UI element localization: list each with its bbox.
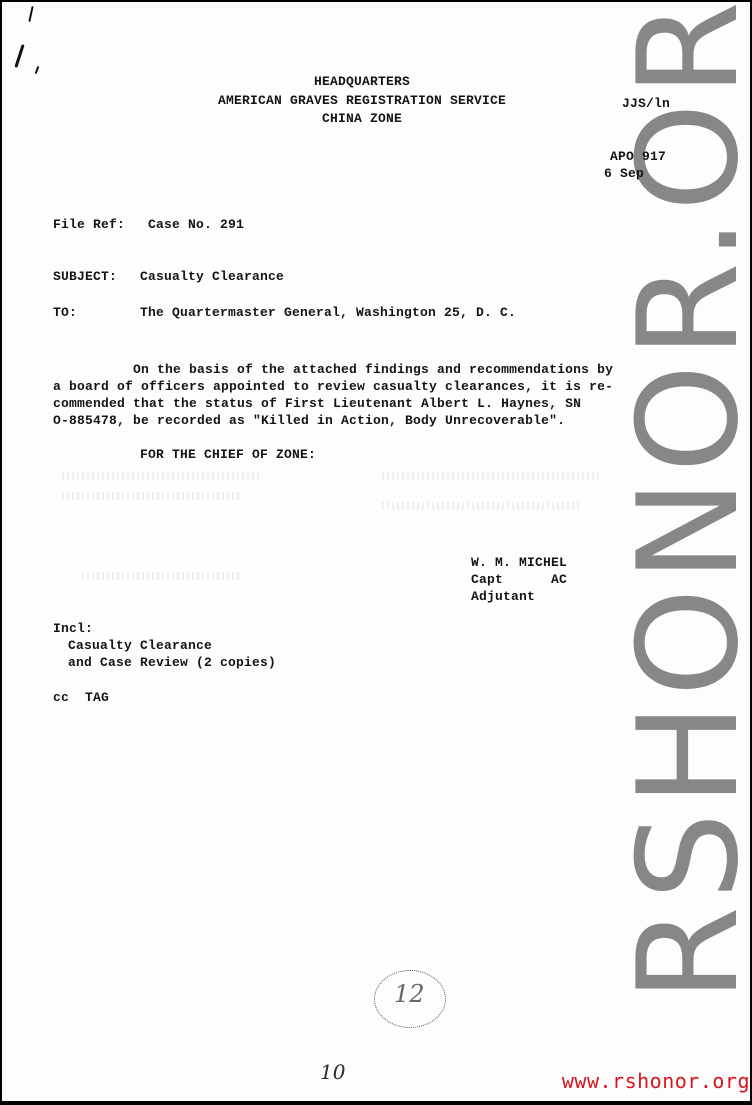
- file-ref-label: File Ref:: [53, 217, 125, 232]
- document-date: 6 Sep: [604, 166, 644, 181]
- signature-rank: Capt AC: [471, 572, 567, 587]
- bleed-through-text: [382, 472, 602, 480]
- letterhead-line-3: CHINA ZONE: [182, 111, 542, 126]
- stray-mark: [14, 44, 24, 68]
- to-value: The Quartermaster General, Washington 25…: [140, 305, 516, 320]
- cc-line: cc TAG: [53, 690, 109, 705]
- stray-mark: [28, 6, 33, 22]
- bleed-through-text: [62, 472, 262, 480]
- subject-label: SUBJECT:: [53, 269, 117, 284]
- letterhead-line-2: AMERICAN GRAVES REGISTRATION SERVICE: [182, 93, 542, 108]
- bleed-through-text: [62, 492, 242, 500]
- apo-number: APO 917: [610, 149, 666, 164]
- document-page: RSHONOR.ORG HEADQUARTERS AMERICAN GRAVES…: [2, 2, 750, 1101]
- closing-line: FOR THE CHIEF OF ZONE:: [140, 447, 316, 462]
- file-ref-value: Case No. 291: [148, 217, 244, 232]
- bleed-through-text: [382, 502, 582, 510]
- body-line: commended that the status of First Lieut…: [53, 396, 581, 411]
- to-label: TO:: [53, 305, 77, 320]
- reference-initials: JJS/ln: [622, 96, 670, 111]
- letterhead-line-1: HEADQUARTERS: [182, 74, 542, 89]
- enclosure-line: Casualty Clearance: [68, 638, 212, 653]
- signature-name: W. M. MICHEL: [471, 555, 567, 570]
- watermark-url: www.rshonor.org: [562, 1069, 750, 1093]
- signature-title: Adjutant: [471, 589, 535, 604]
- stray-mark: [35, 66, 40, 74]
- handwritten-circled-number: 12: [394, 980, 425, 1008]
- body-line: O-885478, be recorded as "Killed in Acti…: [53, 413, 565, 428]
- bleed-through-text: [82, 572, 242, 580]
- subject-value: Casualty Clearance: [140, 269, 284, 284]
- handwritten-page-number: 10: [320, 1060, 345, 1084]
- body-line: On the basis of the attached findings an…: [53, 362, 613, 377]
- body-line: a board of officers appointed to review …: [53, 379, 613, 394]
- enclosure-line: and Case Review (2 copies): [68, 655, 276, 670]
- enclosures-label: Incl:: [53, 621, 93, 636]
